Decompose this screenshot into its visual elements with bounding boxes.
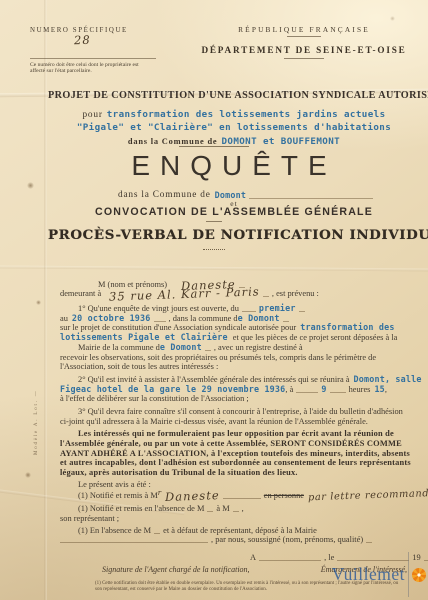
enquete-title: ENQUÊTE bbox=[48, 150, 420, 182]
divider bbox=[30, 58, 156, 59]
warning-text: AYANT ADHÉRÉ A L'ASSOCIATION, à l'except… bbox=[60, 449, 410, 458]
p2-typed-min: 15 bbox=[374, 384, 384, 394]
divider bbox=[284, 58, 324, 59]
p1-typed-commune: e Domont bbox=[238, 313, 280, 323]
p2-typed-heure: 9 bbox=[321, 384, 326, 394]
p1-typed-premier: premier bbox=[259, 303, 296, 313]
blank-field-line bbox=[223, 498, 261, 499]
blank-field-line bbox=[205, 350, 211, 351]
divider bbox=[179, 146, 249, 147]
p2-text: heures bbox=[349, 385, 371, 394]
paragraph-1-line: Mairie de la commune d e Domont , avec u… bbox=[60, 342, 415, 352]
paragraph-3-line: ci-joint qu'il adressera à la Mairie ci-… bbox=[60, 416, 415, 426]
p1-text: Mairie de la commune d bbox=[78, 343, 160, 352]
p1-typed-lotissements: lotissements Pigale et Clairière bbox=[60, 332, 228, 342]
p2-text: 2° Qu'il est invité à assister à l'Assem… bbox=[78, 375, 350, 384]
numero-label: NUMERO SPÉCIFIQUE bbox=[30, 27, 165, 34]
date-place-label: A bbox=[250, 553, 256, 562]
p3-text: ci-joint qu'il adressera à la Mairie ci-… bbox=[60, 417, 368, 426]
numero-box: NUMERO SPÉCIFIQUE 28 Ce numéro doit être… bbox=[30, 27, 165, 34]
blank-field-line bbox=[330, 392, 346, 393]
notification-line-4: (1) En l'absence de M et à défaut de rep… bbox=[60, 525, 415, 535]
blank-field-line bbox=[283, 321, 289, 322]
warning-text: et autres incapables, dont l'adhésion es… bbox=[60, 458, 411, 467]
notification-line-5: , par nous, soussigné (nom, prénoms, qua… bbox=[60, 535, 415, 545]
scanned-document: NUMERO SPÉCIFIQUE 28 Ce numéro doit être… bbox=[0, 0, 428, 600]
notif-text: , par nous, soussigné (nom, prénoms, qua… bbox=[211, 535, 363, 544]
paper-stain bbox=[36, 300, 41, 305]
paper-crease bbox=[0, 266, 428, 272]
notif-text: , bbox=[242, 504, 244, 513]
p1-text: , avec un registre destiné à bbox=[214, 343, 303, 352]
title-commune-prefix: dans la Commune de bbox=[128, 137, 218, 146]
paragraph-2-line: 2° Qu'il est invité à assister à l'Assem… bbox=[60, 374, 415, 384]
departement-title: DÉPARTEMENT DE SEINE-ET-OISE bbox=[188, 45, 420, 55]
notif-text: (1) Notifié et remis en l'absence de M bbox=[78, 504, 204, 513]
avis-intro-line: Le présent avis a été : bbox=[60, 479, 415, 489]
blank-field-line bbox=[296, 392, 318, 393]
notification-line-1: (1) Notifié et remis à M r Daneste en pe… bbox=[60, 491, 415, 501]
warning-paragraph-line: AYANT ADHÉRÉ A L'ASSOCIATION, à l'except… bbox=[60, 448, 415, 458]
demeurant-handwritten-value: 35 rue Al. Karr - Paris bbox=[109, 288, 260, 301]
divider bbox=[206, 221, 222, 222]
printer-imprint: Modèle A. Lot. — bbox=[34, 389, 39, 455]
paragraph-1-line: lotissements Pigale et Clairière et que … bbox=[60, 332, 415, 342]
blank-field-line bbox=[263, 296, 269, 297]
blank-field-line bbox=[154, 321, 166, 322]
p1-typed-transformation: transformation des bbox=[300, 322, 394, 332]
p2-typed-lieu: Domont, salle bbox=[354, 374, 422, 384]
notif-text: (1) En l'absence de M bbox=[78, 526, 151, 535]
notif-text: son représentant ; bbox=[60, 514, 119, 523]
paragraph-2-line: Figeac hotel de la gare le 29 novembre 1… bbox=[60, 384, 415, 394]
republique-title: RÉPUBLIQUE FRANÇAISE bbox=[188, 25, 420, 34]
blank-field-line bbox=[154, 533, 160, 534]
blank-field-line bbox=[233, 511, 239, 512]
p2-typed-lieu2: Figeac hotel de la gare le 29 novembre 1… bbox=[60, 384, 285, 394]
blank-field-line bbox=[207, 511, 213, 512]
proces-verbal-title: PROCÈS-VERBAL DE NOTIFICATION INDIVIDUEL… bbox=[48, 227, 420, 243]
notif-text: et à défaut de représentant, déposé à la… bbox=[163, 526, 317, 535]
p1-text: au bbox=[60, 314, 68, 323]
notif-text: à M bbox=[216, 504, 229, 513]
paragraph-3-line: 3° Qu'il devra faire connaître s'il cons… bbox=[60, 406, 415, 416]
p1-text: 1° Qu'une enquête de vingt jours est ouv… bbox=[78, 304, 239, 313]
field-demeurant: demeurant à 35 rue Al. Karr - Paris , es… bbox=[60, 289, 415, 299]
numero-handwritten-value: 28 bbox=[74, 36, 91, 45]
convocation-title: CONVOCATION DE L'ASSEMBLÉE GÉNÉRALE bbox=[48, 206, 420, 218]
warning-paragraph-line: l'Assemblée générale, ou par un vote à c… bbox=[60, 438, 415, 448]
signature-agent-label: Signature de l'Agent chargé de la notifi… bbox=[102, 565, 250, 576]
paragraph-1-line: 1° Qu'une enquête de vingt jours est ouv… bbox=[60, 303, 415, 313]
blank-field-line bbox=[366, 542, 372, 543]
p1-typed-date: 20 octobre 1936 bbox=[72, 313, 151, 323]
document-title-line1: PROJET DE CONSTITUTION D'UNE ASSOCIATION… bbox=[48, 90, 420, 101]
form-body: M (nom et prénoms) Daneste demeurant à 3… bbox=[60, 279, 415, 576]
p2-text: , à bbox=[285, 385, 293, 394]
paragraph-2-line: à l'effet de délibérer sur la constituti… bbox=[60, 394, 415, 404]
p3-text: 3° Qu'il devra faire connaître s'il cons… bbox=[78, 407, 403, 416]
paragraph-1-line: l'Association, soit de tous les autres i… bbox=[60, 362, 415, 372]
warning-text: légaux, après autorisation du Tribunal d… bbox=[60, 468, 298, 477]
watermark-divider bbox=[408, 552, 409, 597]
p1-text: recevoir les observations, soit des prop… bbox=[60, 353, 376, 362]
divider bbox=[287, 36, 321, 37]
struck-en-personne: en personne bbox=[264, 491, 304, 500]
notif-handwritten-name: Daneste bbox=[165, 491, 220, 501]
notification-line-2: (1) Notifié et remis en l'absence de M à… bbox=[60, 503, 415, 513]
watermark-aperture-icon bbox=[412, 568, 426, 582]
notif-handwritten-mode: par lettre recommandée bbox=[308, 490, 428, 503]
notification-line-3: son représentant ; bbox=[60, 513, 415, 523]
p1-typed-mairie: e Domont bbox=[160, 342, 202, 352]
warning-paragraph-line: et autres incapables, dont l'adhésion es… bbox=[60, 458, 415, 468]
blank-field-line bbox=[60, 542, 208, 543]
paper-stain bbox=[390, 16, 395, 21]
numero-footnote: Ce numéro doit être celui dont le propri… bbox=[30, 62, 150, 75]
paper-crease bbox=[44, 0, 47, 600]
warning-text: l'Assemblée générale, ou par un vote à c… bbox=[60, 439, 402, 448]
blank-field-line bbox=[299, 311, 305, 312]
p1-text: sur le projet de constitution d'une Asso… bbox=[60, 323, 296, 332]
demeurant-label: demeurant à bbox=[60, 289, 101, 298]
notif-text: (1) Notifié et remis à M bbox=[78, 491, 158, 500]
warning-text: Les intéressés qui ne formuleraient pas … bbox=[78, 429, 394, 438]
paragraph-1-line: au 20 octobre 1936 , dans la commune d e… bbox=[60, 313, 415, 323]
paragraph-1-line: recevoir les observations, soit des prop… bbox=[60, 352, 415, 362]
p1-text: l'Association, soit de tous les autres i… bbox=[60, 362, 218, 371]
divider bbox=[203, 249, 225, 250]
handwritten-superscript: r bbox=[158, 489, 161, 497]
p2-text: à l'effet de délibérer sur la constituti… bbox=[60, 394, 249, 403]
paragraph-1-line: sur le projet de constitution d'une Asso… bbox=[60, 323, 415, 333]
watermark-name: Vuillemet bbox=[332, 564, 405, 585]
warning-paragraph-line: Les intéressés qui ne formuleraient pas … bbox=[60, 429, 415, 439]
p2-text: , bbox=[385, 385, 387, 394]
p1-text: et que les pièces de ce projet seront dé… bbox=[233, 333, 398, 342]
paper-stain bbox=[25, 472, 31, 478]
republique-block: RÉPUBLIQUE FRANÇAISE DÉPARTEMENT DE SEIN… bbox=[188, 25, 420, 59]
blank-field-line bbox=[259, 560, 321, 561]
est-prevenu-label: , est prévenu : bbox=[272, 289, 319, 298]
avis-intro-text: Le présent avis a été : bbox=[78, 480, 151, 489]
p1-text: , dans la commune d bbox=[169, 314, 238, 323]
watermark: Vuillemet bbox=[332, 552, 426, 597]
paper-stain bbox=[27, 182, 34, 189]
warning-paragraph-line: légaux, après autorisation du Tribunal d… bbox=[60, 467, 415, 477]
